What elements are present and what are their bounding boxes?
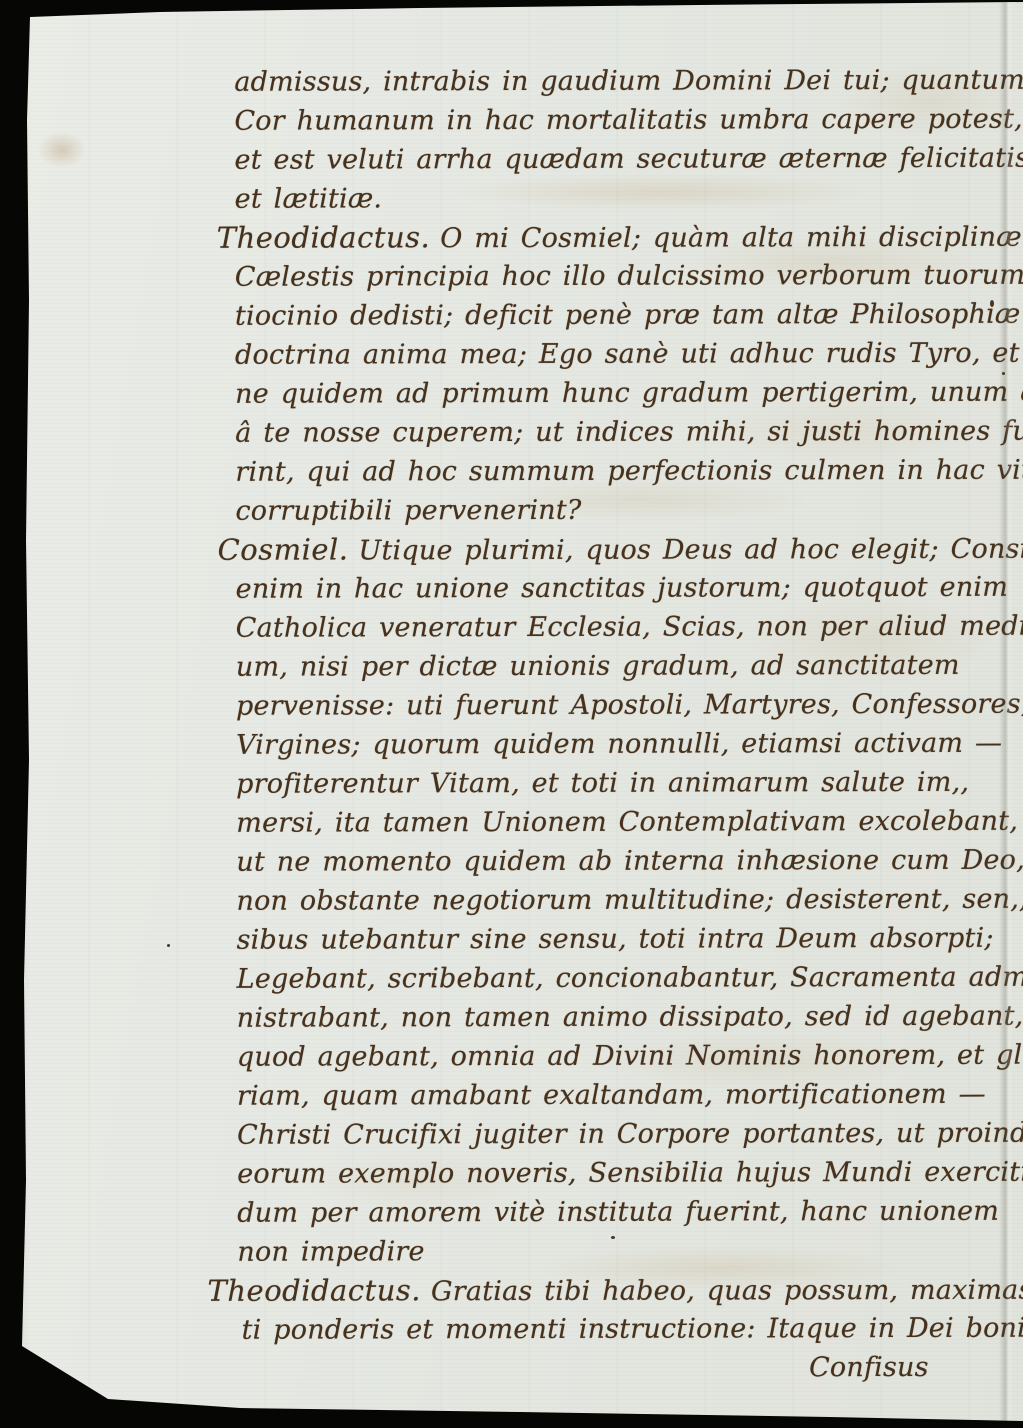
manuscript-line: Cælestis principia hoc illo dulcissimo v…: [235, 256, 1022, 297]
manuscript-line: Legebant, scribebant, concionabantur, Sa…: [237, 958, 1023, 999]
manuscript-line: profiterentur Vitam, et toti in animarum…: [236, 763, 1023, 804]
speaker-name: Theodidactus.: [207, 1273, 421, 1308]
manuscript-line: um, nisi per dictæ unionis gradum, ad sa…: [236, 646, 1023, 687]
manuscript-line: et est veluti arrha quædam secuturæ æter…: [234, 139, 1021, 180]
manuscript-line: non obstante negotiorum multitudine; des…: [236, 880, 1023, 921]
manuscript-line: Cosmiel.Utique plurimi, quos Deus ad hoc…: [217, 529, 1022, 570]
catchword: Confisus: [2, 1348, 1023, 1390]
manuscript-line: eorum exemplo noveris, Sensibilia hujus …: [237, 1153, 1023, 1194]
manuscript-line: â te nosse cuperem; ut indices mihi, si …: [235, 412, 1022, 453]
speaker-name: Theodidactus.: [217, 220, 431, 255]
manuscript-line: corruptibili pervenerint?: [235, 490, 1022, 531]
manuscript-line: quod agebant, omnia ad Divini Nominis ho…: [237, 1036, 1023, 1077]
manuscript-line: Theodidactus.Gratias tibi habeo, quas po…: [207, 1270, 1023, 1311]
manuscript-line: Virgines; quorum quidem nonnulli, etiams…: [236, 724, 1023, 765]
manuscript-line: doctrina anima mea; Ego sanè uti adhuc r…: [235, 334, 1022, 375]
manuscript-line: non impedire: [237, 1231, 1023, 1272]
manuscript-line: mersi, ita tamen Unionem Contemplativam …: [236, 802, 1023, 843]
manuscript-line: admissus, intrabis in gaudium Domini Dei…: [234, 61, 1021, 102]
manuscript-line: dum per amorem vitè instituta fuerint, h…: [237, 1192, 1023, 1233]
text-block: admissus, intrabis in gaudium Domini Dei…: [0, 61, 1023, 1390]
manuscript-line: enim in hac unione sanctitas justorum; q…: [236, 568, 1023, 609]
manuscript-page: admissus, intrabis in gaudium Domini Dei…: [0, 0, 1023, 1428]
manuscript-line: ut ne momento quidem ab interna inhæsion…: [236, 841, 1023, 882]
manuscript-line: pervenisse: uti fuerunt Apostoli, Martyr…: [236, 685, 1023, 726]
manuscript-line: nistrabant, non tamen animo dissipato, s…: [237, 997, 1023, 1038]
manuscript-line: rint, qui ad hoc summum perfectionis cul…: [235, 451, 1022, 492]
manuscript-line: ne quidem ad primum hunc gradum pertiger…: [235, 373, 1022, 414]
manuscript-line: riam, quam amabant exaltandam, mortifica…: [237, 1075, 1023, 1116]
photo-background: admissus, intrabis in gaudium Domini Dei…: [0, 0, 1023, 1428]
speaker-name: Cosmiel.: [217, 532, 348, 566]
manuscript-line: Christi Crucifixi jugiter in Corpore por…: [237, 1114, 1023, 1155]
manuscript-line: tiocinio dedisti; deficit penè præ tam a…: [235, 295, 1022, 336]
manuscript-line: Cor humanum in hac mortalitatis umbra ca…: [234, 100, 1021, 141]
manuscript-line: et lætitiæ.: [235, 178, 1022, 219]
manuscript-line: Catholica veneratur Ecclesia, Scias, non…: [236, 607, 1023, 648]
manuscript-line: sibus utebantur sine sensu, toti intra D…: [237, 919, 1023, 960]
manuscript-line: ti ponderis et momenti instructione: Ita…: [242, 1309, 1023, 1350]
manuscript-line: Theodidactus.O mi Cosmiel; quàm alta mih…: [217, 217, 1022, 258]
